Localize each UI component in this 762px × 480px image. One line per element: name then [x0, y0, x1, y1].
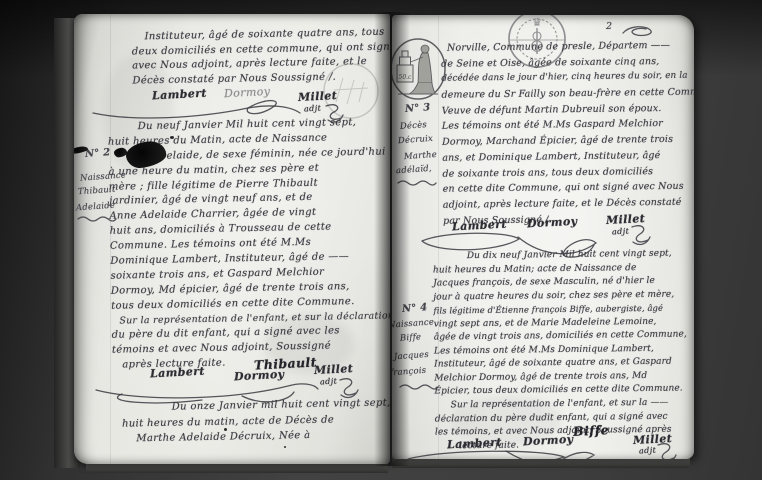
death-act-3-block: Norville, Commune de presle, Départem ——…: [441, 37, 694, 229]
crown-icon: ♛: [532, 16, 542, 29]
signature-lambert: Lambert: [452, 218, 507, 234]
margin-act-number: N° 2: [85, 147, 111, 160]
signature-millet: Millet: [298, 89, 338, 104]
signature-lambert: Lambert: [152, 87, 207, 103]
margin-name: adélaïd,: [396, 164, 432, 176]
margin-name: françois: [392, 366, 427, 379]
birth-act-4-block: Du dix neuf Janvier Mil huit cent vingt …: [433, 247, 689, 453]
signature-biffe-father: Biffe: [573, 422, 610, 439]
left-page: Instituteur, âgé de soixante quatre ans,…: [74, 14, 390, 464]
signature-millet-role: adjt: [304, 104, 322, 114]
handwritten-line: ans, et Dominique Lambert, Instituteur, …: [442, 147, 694, 166]
signature-dormoy: Dormoy: [234, 368, 285, 384]
folio-number: 2: [606, 21, 612, 32]
margin-act-number: N° 3: [405, 102, 431, 115]
signature-millet-role: adjt: [639, 446, 657, 456]
handwritten-line: adjoint, après lecture faite, et le Décè…: [443, 194, 694, 213]
fiscal-stamp-vignette: 50.c: [392, 36, 448, 102]
right-page: 2 ♛ 50.c N° 3 Décès: [392, 15, 694, 459]
margin-name: Décruix: [398, 134, 434, 146]
margin-name: Biffe: [400, 332, 422, 343]
ink-speck: [284, 446, 286, 448]
folio-flourish: [620, 23, 656, 39]
signature-dormoy: Dormoy: [527, 215, 578, 231]
signature-millet-role: adjt: [612, 227, 630, 237]
signature-dormoy: Dormoy: [523, 433, 574, 449]
margin-name: Jacques: [394, 350, 430, 362]
margin-act-number: N° 4: [402, 302, 428, 315]
signature-millet-role: adjt: [320, 377, 338, 387]
signature-lambert: Lambert: [150, 365, 205, 381]
signature-millet: Millet: [314, 362, 354, 377]
margin-act-type: Décès: [400, 120, 428, 132]
death-act-3-start-block: Du onze Janvier mil huit cent vingt sept…: [122, 395, 390, 447]
margin-squiggle: [396, 179, 438, 187]
margin-act-type: Naissance: [392, 317, 434, 330]
ink-speck: [170, 136, 174, 139]
margin-name: Marthe: [404, 150, 438, 162]
signature-dormoy: Dormoy: [224, 85, 271, 100]
fiscal-stamp-value: 50.c: [399, 74, 413, 81]
register-scan-photo: Instituteur, âgé de soixante quatre ans,…: [0, 0, 762, 480]
signature-millet: Millet: [606, 212, 646, 227]
